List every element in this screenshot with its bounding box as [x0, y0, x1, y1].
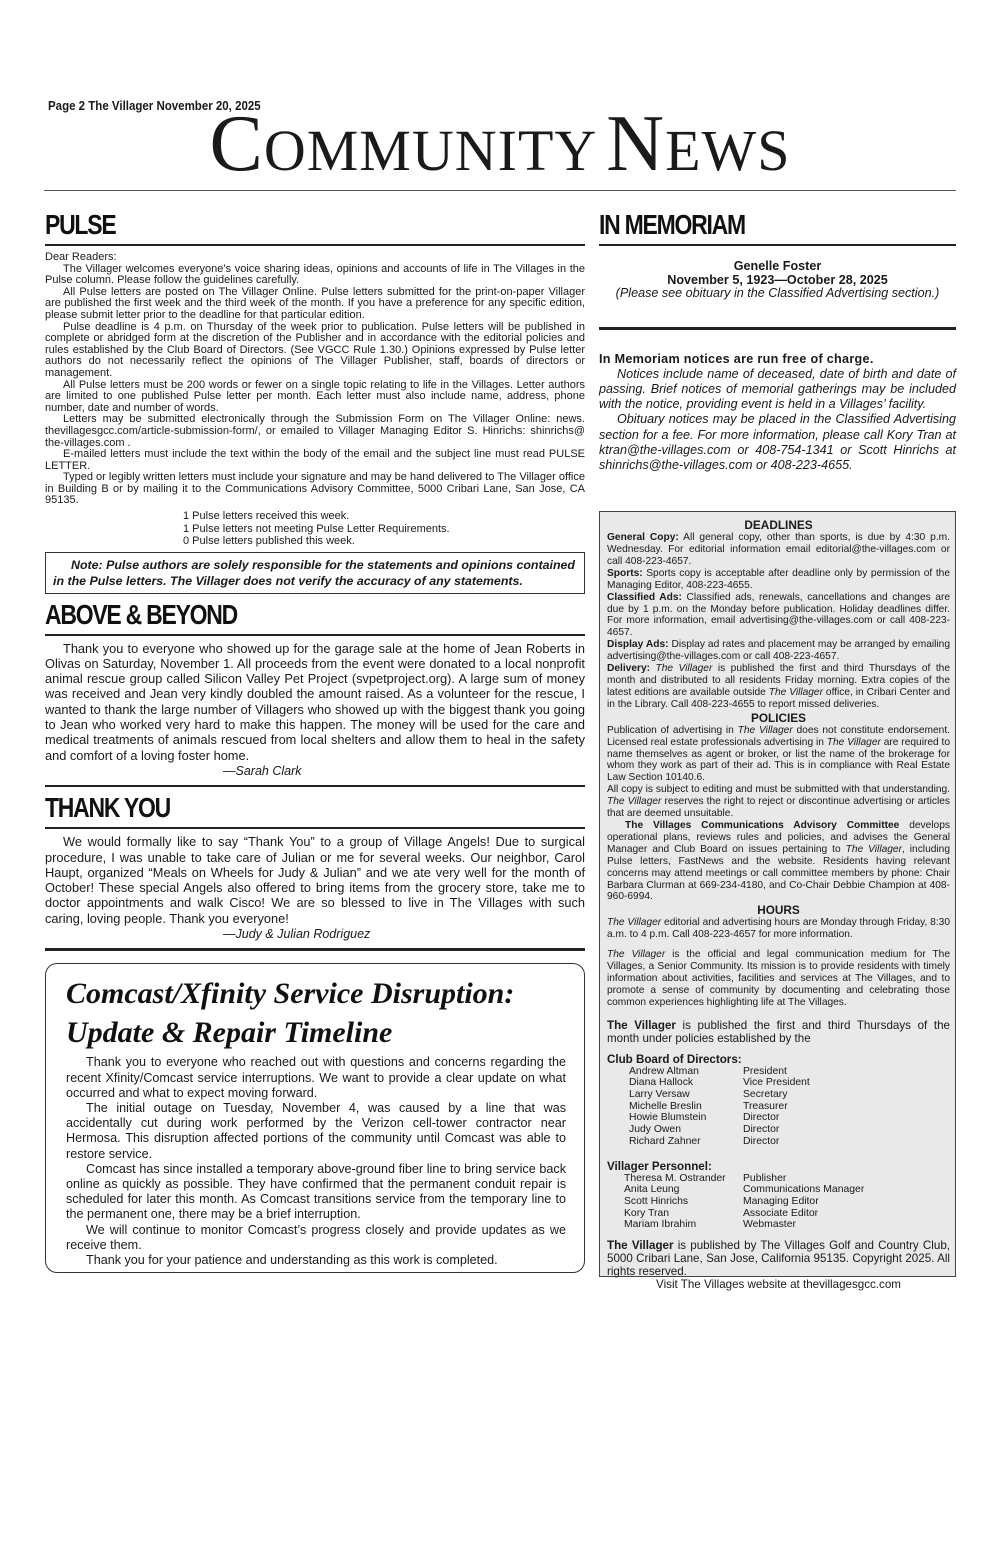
personnel-member: Theresa M. OstranderPublisher	[607, 1173, 950, 1185]
pulse-count-published: 0 Pulse letters published this week.	[183, 535, 585, 548]
board-heading: Club Board of Directors:	[607, 1053, 950, 1066]
board-member: Judy OwenDirector	[607, 1124, 950, 1136]
section-divider	[599, 244, 956, 246]
section-divider	[45, 948, 585, 951]
deadline-delivery: Delivery: The Villager is published the …	[607, 663, 950, 711]
personnel-member: Scott HinrichsManaging Editor	[607, 1196, 950, 1208]
deadline-general: General Copy: All general copy, other th…	[607, 532, 950, 568]
board-member: Larry VersawSecretary	[607, 1089, 950, 1101]
deadline-sports: Sports: Sports copy is acceptable after …	[607, 568, 950, 592]
board-member: Richard ZahnerDirector	[607, 1136, 950, 1148]
section-divider	[45, 785, 585, 787]
pulse-paragraph: All Pulse letters must be 200 words or f…	[45, 380, 585, 415]
board-member: Andrew AltmanPresident	[607, 1066, 950, 1078]
pulse-section: PULSE Dear Readers: The Villager welcome…	[45, 208, 585, 594]
comcast-paragraph: We will continue to monitor Comcast’s pr…	[66, 1223, 566, 1253]
article-signature: —Judy & Julian Rodriguez	[223, 927, 585, 942]
pulse-heading: PULSE	[45, 208, 488, 242]
memoriam-info: In Memoriam notices are run free of char…	[599, 352, 956, 474]
comcast-title: Comcast/Xfinity Service Disruption: Upda…	[66, 974, 566, 1052]
publication-info-box: DEADLINES General Copy: All general copy…	[599, 511, 956, 1277]
policy-editing: All copy is subject to editing and must …	[607, 784, 950, 820]
personnel-member: Anita LeungCommunications Manager	[607, 1184, 950, 1196]
policies-heading: POLICIES	[607, 711, 950, 725]
website-link[interactable]: Visit The Villages website at thevillage…	[607, 1278, 950, 1291]
deceased-name: Genelle Foster	[599, 260, 956, 274]
personnel-member: Kory TranAssociate Editor	[607, 1208, 950, 1220]
pulse-counts: 1 Pulse letters received this week. 1 Pu…	[183, 510, 585, 548]
comcast-paragraph: The initial outage on Tuesday, November …	[66, 1101, 566, 1162]
board-member: Diana HallockVice President	[607, 1077, 950, 1089]
deadline-display: Display Ads: Display ad rates and placem…	[607, 639, 950, 663]
pulse-paragraph: Typed or legibly written letters must in…	[45, 472, 585, 507]
article-paragraph: Thank you to everyone who showed up for …	[45, 641, 585, 763]
section-divider	[45, 827, 585, 829]
comcast-title-line: Update & Repair Timeline	[66, 1016, 392, 1049]
memoriam-lead: In Memoriam notices are run free of char…	[599, 352, 956, 367]
thank-you-body: We would formally like to say “Thank You…	[45, 834, 585, 942]
thank-you-heading: THANK YOU	[45, 791, 488, 825]
pulse-paragraph: The Villager welcomes everyone’s voice s…	[45, 264, 585, 287]
pulse-disclaimer-text: Note: Pulse authors are solely responsib…	[53, 557, 578, 589]
personnel-member: Mariam IbrahimWebmaster	[607, 1219, 950, 1231]
policy-advertising: Publication of advertising in The Villag…	[607, 725, 950, 785]
mission-text: The Villager is the official and legal c…	[607, 949, 950, 1009]
pulse-paragraph: Pulse deadline is 4 p.m. on Thursday of …	[45, 322, 585, 380]
above-beyond-heading: ABOVE & BEYOND	[45, 598, 488, 632]
memoriam-paragraph: Notices include name of deceased, date o…	[599, 367, 956, 413]
section-divider	[45, 244, 585, 246]
left-column: PULSE Dear Readers: The Villager welcome…	[45, 208, 585, 1273]
personnel-list: Theresa M. OstranderPublisher Anita Leun…	[607, 1173, 950, 1232]
comcast-paragraph: Thank you for your patience and understa…	[66, 1253, 566, 1268]
pulse-count-rejected: 1 Pulse letters not meeting Pulse Letter…	[183, 523, 585, 536]
board-list: Andrew AltmanPresident Diana HallockVice…	[607, 1066, 950, 1148]
above-beyond-body: Thank you to everyone who showed up for …	[45, 641, 585, 780]
pulse-body: Dear Readers: The Villager welcomes ever…	[45, 252, 585, 507]
article-paragraph: We would formally like to say “Thank You…	[45, 834, 585, 926]
above-beyond-section: ABOVE & BEYOND Thank you to everyone who…	[45, 598, 585, 780]
pulse-paragraph: E-mailed letters must include the text w…	[45, 449, 585, 472]
section-divider	[599, 327, 956, 330]
comcast-title-line: Comcast/Xfinity Service Disruption:	[66, 977, 514, 1010]
comcast-paragraph: Thank you to everyone who reached out wi…	[66, 1055, 566, 1101]
board-member: Howie BlumsteinDirector	[607, 1112, 950, 1124]
memoriam-entry: Genelle Foster November 5, 1923—October …	[599, 260, 956, 301]
right-column: IN MEMORIAM Genelle Foster November 5, 1…	[599, 208, 956, 1277]
comcast-notice-box: Comcast/Xfinity Service Disruption: Upda…	[45, 963, 585, 1273]
policy-committee: The Villages Communications Advisory Com…	[607, 820, 950, 903]
personnel-heading: Villager Personnel:	[607, 1160, 950, 1173]
thank-you-section: THANK YOU We would formally like to say …	[45, 785, 585, 951]
article-signature: —Sarah Clark	[223, 764, 585, 779]
memoriam-heading: IN MEMORIAM	[599, 208, 892, 242]
deadlines-heading: DEADLINES	[607, 518, 950, 532]
publisher-footer: The Villager is published by The Village…	[607, 1239, 950, 1278]
section-divider	[45, 634, 585, 636]
pulse-disclaimer-box: Note: Pulse authors are solely responsib…	[45, 552, 585, 594]
hours-heading: HOURS	[607, 903, 950, 917]
pulse-salutation: Dear Readers:	[45, 252, 585, 264]
published-schedule: The Villager is published the first and …	[607, 1019, 950, 1045]
pulse-paragraph: All Pulse letters are posted on The Vill…	[45, 287, 585, 322]
obituary-note: (Please see obituary in the Classified A…	[599, 287, 956, 301]
board-member: Michelle BreslinTreasurer	[607, 1101, 950, 1113]
memoriam-paragraph: Obituary notices may be placed in the Cl…	[599, 412, 956, 473]
masthead-divider	[44, 190, 956, 191]
memoriam-section: IN MEMORIAM Genelle Foster November 5, 1…	[599, 208, 956, 473]
deadline-classified: Classified Ads: Classified ads, renewals…	[607, 592, 950, 640]
comcast-paragraph: Comcast has since installed a temporary …	[66, 1162, 566, 1223]
masthead-title: COMMUNITY NEWS	[0, 104, 1000, 184]
comcast-body: Thank you to everyone who reached out wi…	[66, 1055, 566, 1268]
pulse-paragraph: Letters may be submitted electronically …	[45, 414, 585, 449]
pulse-count-received: 1 Pulse letters received this week.	[183, 510, 585, 523]
hours-text: The Villager editorial and advertising h…	[607, 917, 950, 941]
deceased-dates: November 5, 1923—October 28, 2025	[599, 274, 956, 288]
